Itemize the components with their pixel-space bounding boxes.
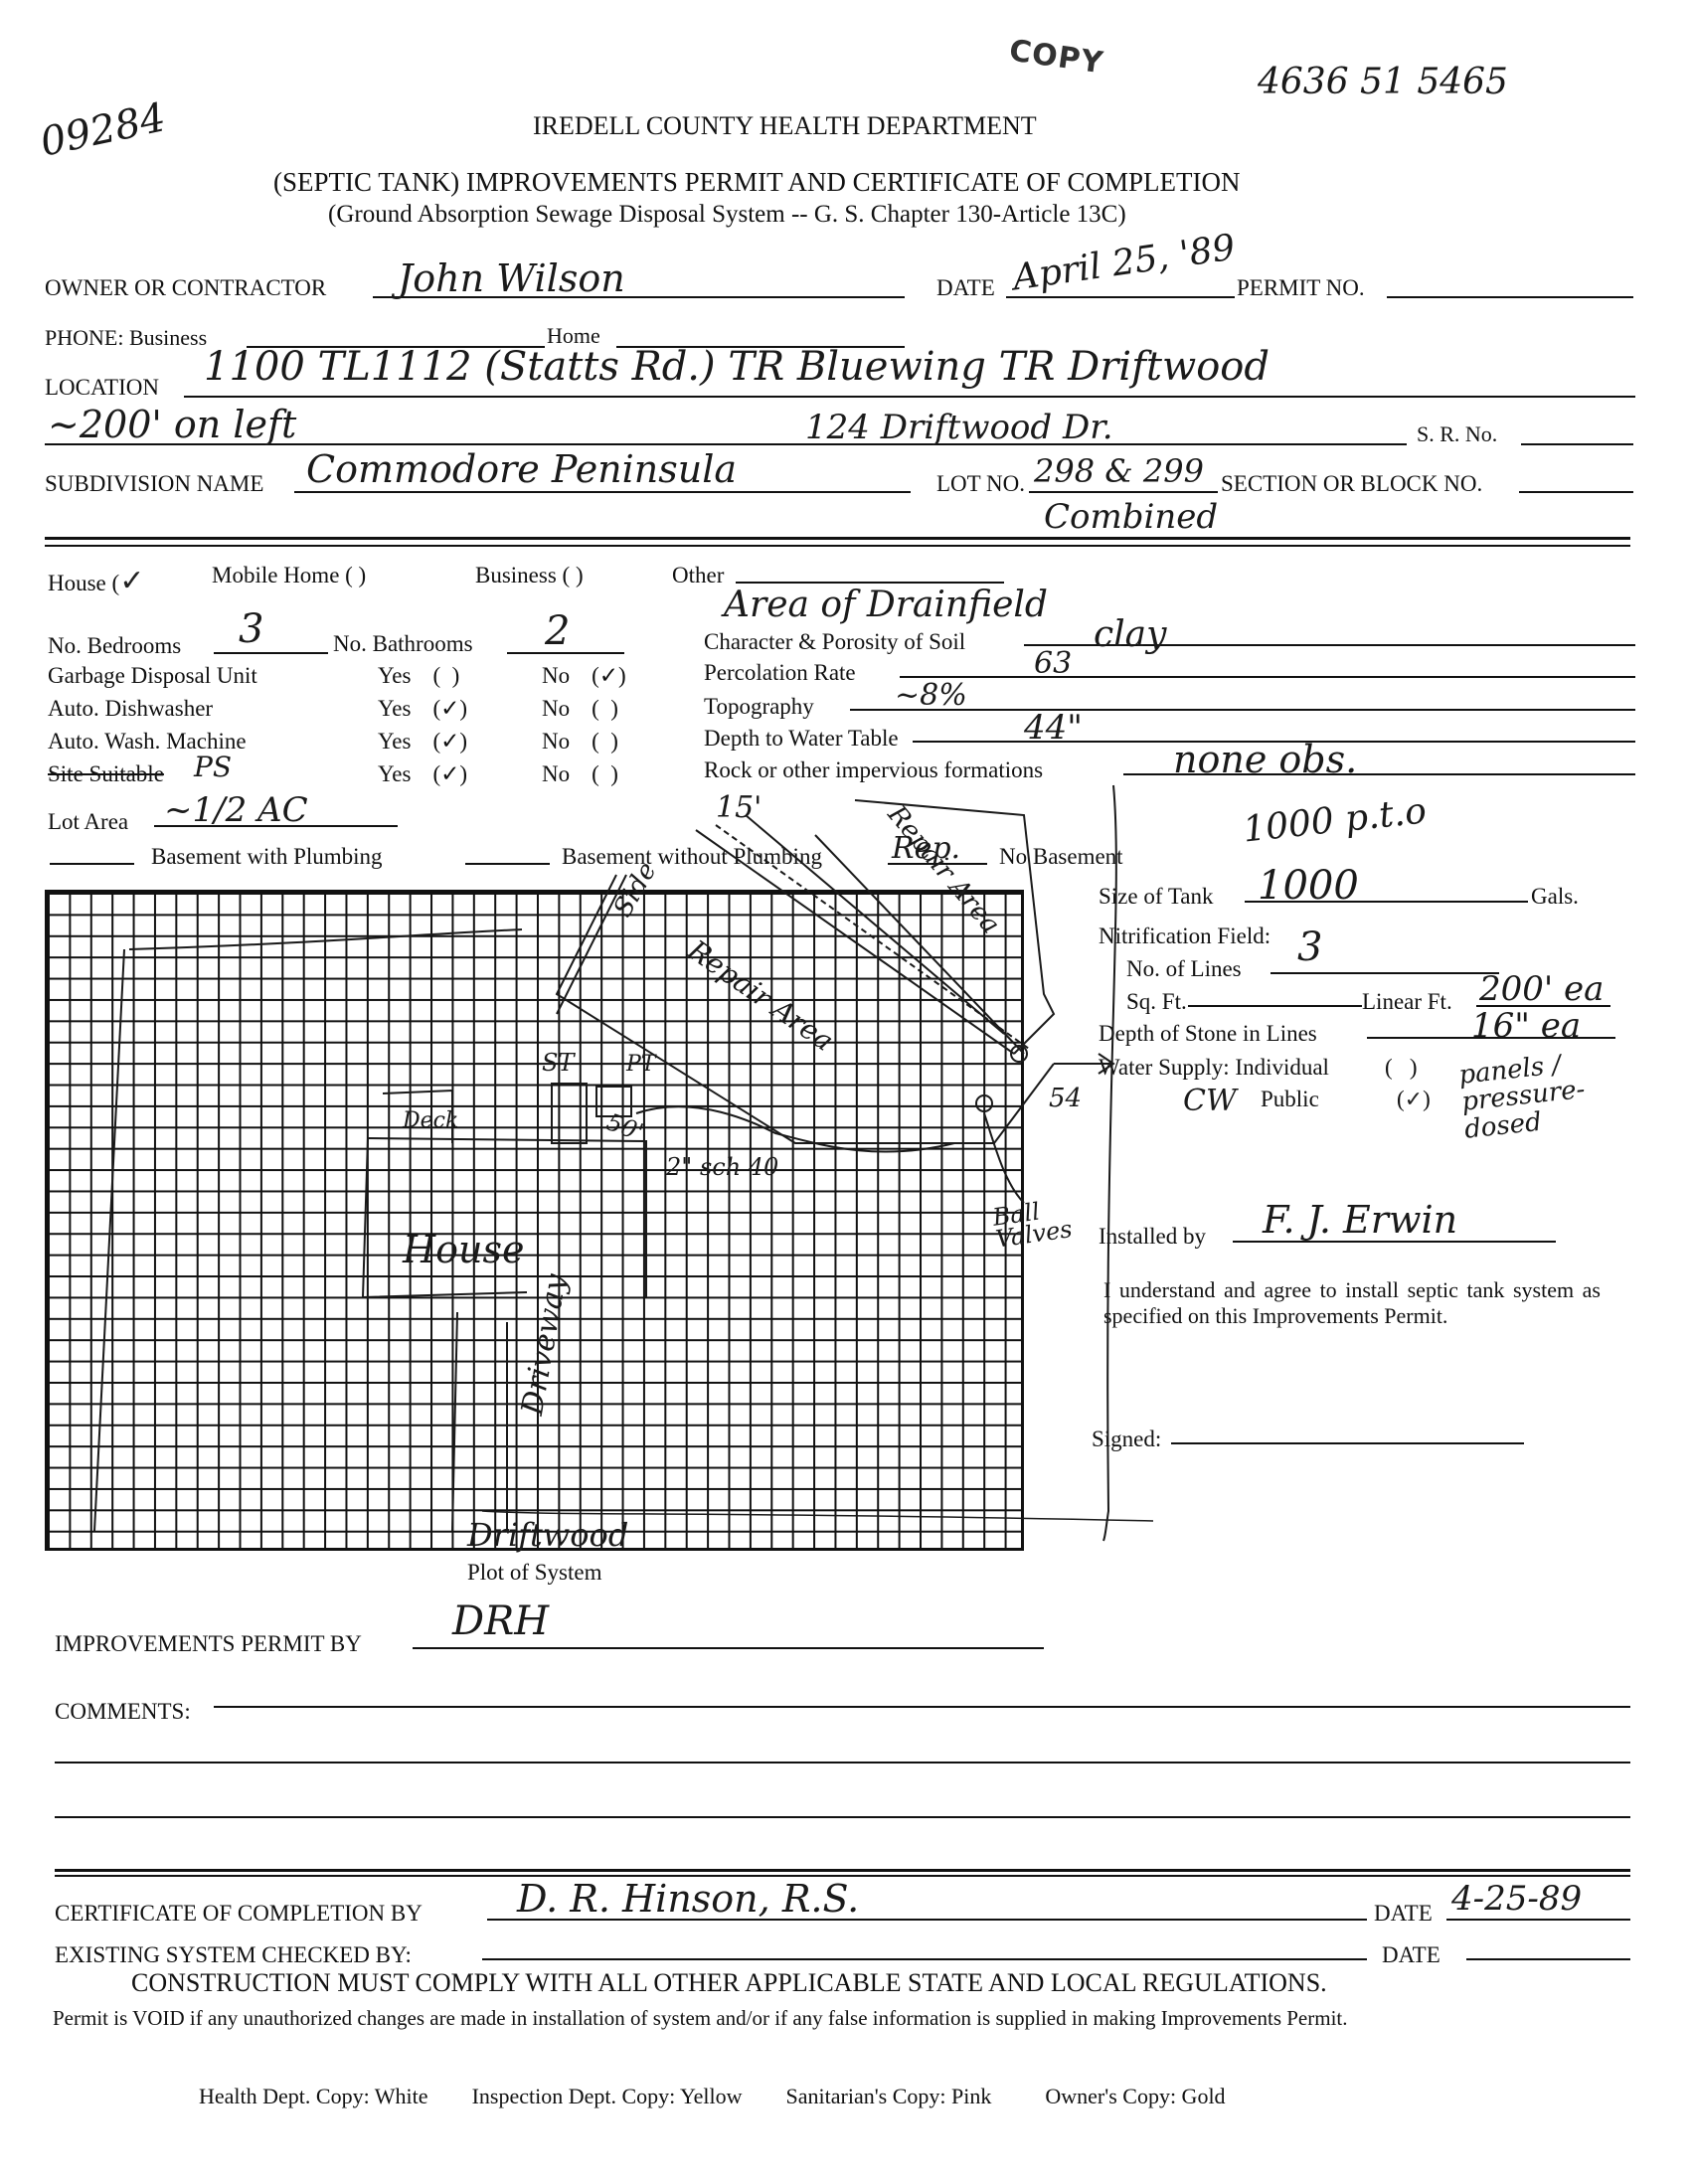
lot-no-label: LOT NO. <box>936 472 1025 495</box>
house-checkbox[interactable]: ✓ <box>119 564 144 598</box>
deck-annotation: Deck <box>403 1108 458 1133</box>
appliance-label: Auto. Wash. Machine <box>48 730 247 753</box>
subdivision-label: SUBDIVISION NAME <box>45 472 263 495</box>
copy-stamp: COPY <box>1007 34 1105 82</box>
water-public-checkbox[interactable]: (✓) <box>1397 1088 1431 1111</box>
file-number: 09284 <box>37 94 170 165</box>
ball-valves-annotation: Ball Valves <box>991 1198 1066 1251</box>
line-spacing-annotation: 15' <box>716 790 762 825</box>
certificate-date-label: DATE <box>1374 1902 1433 1925</box>
septic-tank-annotation: ST <box>542 1049 574 1077</box>
topography-field[interactable]: ~8% <box>895 678 967 713</box>
signed-label: Signed: <box>1092 1428 1161 1450</box>
marker-54: 54 <box>1049 1084 1082 1113</box>
improvements-permit-by-label: IMPROVEMENTS PERMIT BY <box>55 1632 362 1655</box>
agency-title: IREDELL COUNTY HEALTH DEPARTMENT <box>533 111 1037 141</box>
section-label: SECTION OR BLOCK NO. <box>1221 472 1482 495</box>
existing-date-label: DATE <box>1382 1943 1440 1966</box>
bedrooms-label: No. Bedrooms <box>48 634 181 657</box>
rock-formations-label: Rock or other impervious formations <box>704 758 1043 781</box>
mobile-home-checkbox[interactable]: Mobile Home ( ) <box>212 564 366 587</box>
water-public-label: Public <box>1261 1088 1319 1110</box>
perc-rate-field[interactable]: 63 <box>1034 646 1072 681</box>
house-label: House (✓ <box>48 567 144 596</box>
road-annotation: Driftwood <box>467 1516 628 1554</box>
no-checkbox[interactable]: No( ) <box>542 762 618 785</box>
pump-tank-annotation: PT <box>626 1052 655 1077</box>
linear-ft-field[interactable]: 200' ea <box>1479 969 1604 1009</box>
water-supply-note: panels / pressure-dosed <box>1457 1045 1634 1143</box>
form-subtitle: (Ground Absorption Sewage Disposal Syste… <box>328 201 1126 229</box>
copy-inspection-dept: Inspection Dept. Copy: Yellow <box>472 2086 743 2107</box>
basement-without-plumbing-label[interactable]: Basement without Plumbing <box>562 845 822 868</box>
water-public-prefix: CW <box>1183 1084 1237 1118</box>
subdivision-field[interactable]: Commodore Peninsula <box>306 447 737 491</box>
no-basement-label[interactable]: No Basement <box>999 845 1123 868</box>
no-checkbox[interactable]: No( ) <box>542 730 618 753</box>
installed-by-label: Installed by <box>1099 1225 1206 1248</box>
business-checkbox[interactable]: Business ( ) <box>475 564 584 587</box>
topography-label: Topography <box>704 695 814 718</box>
location-line2-directions[interactable]: ~200' on left <box>48 403 296 446</box>
parcel-number: 4636 51 5465 <box>1258 62 1508 102</box>
stone-depth-field[interactable]: 16" ea <box>1471 1006 1581 1046</box>
lot-no-field[interactable]: 298 & 299 <box>1034 452 1204 490</box>
plot-caption: Plot of System <box>467 1561 601 1584</box>
no-checkbox[interactable]: No(✓) <box>542 664 626 687</box>
tank-unit-label: Gals. <box>1531 885 1579 908</box>
appliance-label: Auto. Dishwasher <box>48 697 213 720</box>
no-checkbox[interactable]: No( ) <box>542 697 618 720</box>
perc-rate-label: Percolation Rate <box>704 661 856 684</box>
yes-checkbox[interactable]: Yes(✓) <box>378 730 467 753</box>
date-label: DATE <box>936 276 995 299</box>
basement-with-plumbing-label[interactable]: Basement with Plumbing <box>151 845 383 868</box>
bedrooms-field[interactable]: 3 <box>239 606 263 652</box>
improvements-permit-by-field[interactable]: DRH <box>452 1598 549 1644</box>
location-label: LOCATION <box>45 376 159 399</box>
existing-system-label: EXISTING SYSTEM CHECKED BY: <box>55 1943 412 1966</box>
date-field[interactable]: April 25, '89 <box>1010 228 1238 299</box>
certificate-date-field[interactable]: 4-25-89 <box>1451 1879 1582 1919</box>
sr-no-label: S. R. No. <box>1417 423 1497 445</box>
area-of-drainfield-note: Area of Drainfield <box>724 585 1048 625</box>
water-table-label: Depth to Water Table <box>704 727 899 750</box>
water-individual-checkbox[interactable]: ( ) <box>1385 1056 1418 1079</box>
owner-field[interactable]: John Wilson <box>398 256 625 300</box>
location-line1[interactable]: 1100 TL1112 (Statts Rd.) TR Bluewing TR … <box>204 344 1270 390</box>
void-notice: Permit is VOID if any unauthorized chang… <box>53 2006 1494 2031</box>
yes-checkbox[interactable]: Yes(✓) <box>378 762 467 785</box>
copy-health-dept: Health Dept. Copy: White <box>199 2086 428 2107</box>
compliance-notice: CONSTRUCTION MUST COMPLY WITH ALL OTHER … <box>131 1970 1327 1996</box>
linear-ft-label: Linear Ft. <box>1362 990 1452 1013</box>
water-table-field[interactable]: 44" <box>1024 708 1083 748</box>
installed-by-field[interactable]: F. J. Erwin <box>1263 1198 1457 1242</box>
no-of-lines-label: No. of Lines <box>1126 957 1242 980</box>
soil-character-field[interactable]: clay <box>1094 614 1166 655</box>
bathrooms-label: No. Bathrooms <box>333 632 473 655</box>
copy-owner: Owner's Copy: Gold <box>1045 2086 1225 2107</box>
bathrooms-field[interactable]: 2 <box>545 608 570 654</box>
plot-grid <box>45 890 1024 1551</box>
pump-note: 1000 p.t.o <box>1241 790 1428 850</box>
phone-business-label: PHONE: Business <box>45 327 207 349</box>
tank-size-label: Size of Tank <box>1099 885 1214 908</box>
lot-note: Combined <box>1044 497 1218 537</box>
tank-size-field[interactable]: 1000 <box>1258 863 1359 909</box>
certificate-label: CERTIFICATE OF COMPLETION BY <box>55 1902 423 1925</box>
no-of-lines-field[interactable]: 3 <box>1297 924 1322 970</box>
location-line2-address[interactable]: 124 Driftwood Dr. <box>805 408 1113 447</box>
other-label: Other <box>672 564 724 587</box>
yes-checkbox[interactable]: Yes(✓) <box>378 697 467 720</box>
rock-formations-field[interactable]: none obs. <box>1173 738 1357 781</box>
copy-distribution: Health Dept. Copy: White Inspection Dept… <box>199 2086 1226 2107</box>
comments-label: COMMENTS: <box>55 1700 191 1723</box>
water-supply-label: Water Supply: Individual <box>1099 1056 1329 1079</box>
certificate-by-field[interactable]: D. R. Hinson, R.S. <box>517 1877 859 1921</box>
lot-area-label: Lot Area <box>48 810 128 833</box>
copy-sanitarian: Sanitarian's Copy: Pink <box>786 2086 992 2107</box>
appliance-label: Garbage Disposal Unit <box>48 664 257 687</box>
sq-ft-label: Sq. Ft. <box>1126 990 1187 1013</box>
house-annotation: House <box>403 1228 524 1271</box>
installer-agreement: I understand and agree to install septic… <box>1103 1277 1601 1330</box>
permit-no-label: PERMIT NO. <box>1237 276 1365 299</box>
appliance-label: Site Suitable <box>48 762 164 785</box>
owner-label: OWNER OR CONTRACTOR <box>45 276 326 299</box>
site-suitable-note: PS <box>194 751 232 783</box>
nitrification-field-label: Nitrification Field: <box>1099 924 1270 947</box>
lot-area-field[interactable]: ~1/2 AC <box>164 790 308 830</box>
form-title: (SEPTIC TANK) IMPROVEMENTS PERMIT AND CE… <box>273 167 1241 198</box>
pipe-annotation: 2" sch 40 <box>666 1153 778 1181</box>
soil-character-label: Character & Porosity of Soil <box>704 630 965 653</box>
yes-checkbox[interactable]: Yes( ) <box>378 664 459 687</box>
stone-depth-label: Depth of Stone in Lines <box>1099 1022 1317 1045</box>
